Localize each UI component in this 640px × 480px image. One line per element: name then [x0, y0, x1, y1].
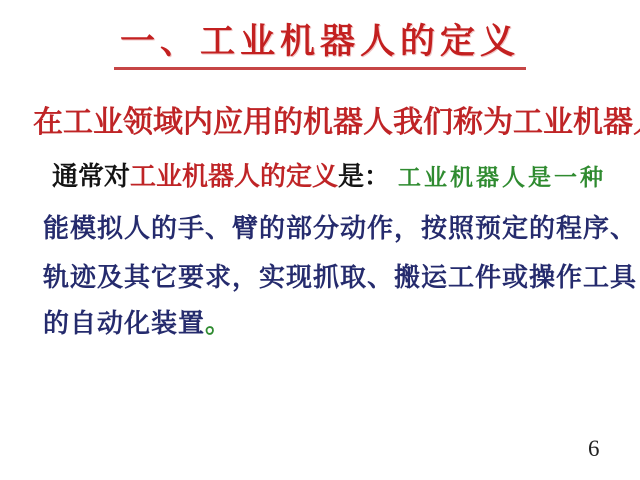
- title-row: 一、工业机器人的定义: [0, 14, 640, 70]
- definition-lead-line: 通常对工业机器人的定义是：工业机器人是一种: [52, 156, 606, 193]
- lead-text-black-1: 通常对: [52, 162, 130, 192]
- definition-body-line-3-text: 的自动化装置: [43, 309, 205, 339]
- definition-body-line-2: 轨迹及其它要求，实现抓取、搬运工件或操作工具: [43, 257, 637, 294]
- page-number: 6: [588, 436, 600, 462]
- slide-title: 一、工业机器人的定义: [114, 14, 526, 70]
- definition-body-period: 。: [205, 309, 232, 339]
- slide: 一、工业机器人的定义 在工业领域内应用的机器人我们称为工业机器人。 通常对工业机…: [0, 0, 640, 480]
- definition-body-green-start: 工业机器人是一种: [398, 164, 606, 191]
- lead-text-black-2: 是：: [338, 162, 390, 192]
- definition-intro-line: 在工业领域内应用的机器人我们称为工业机器人。: [33, 97, 640, 141]
- definition-body-line-3: 的自动化装置。: [43, 303, 232, 340]
- definition-body-line-1: 能模拟人的手、臂的部分动作，按照预定的程序、: [43, 208, 637, 245]
- lead-text-red: 工业机器人的定义: [130, 162, 338, 192]
